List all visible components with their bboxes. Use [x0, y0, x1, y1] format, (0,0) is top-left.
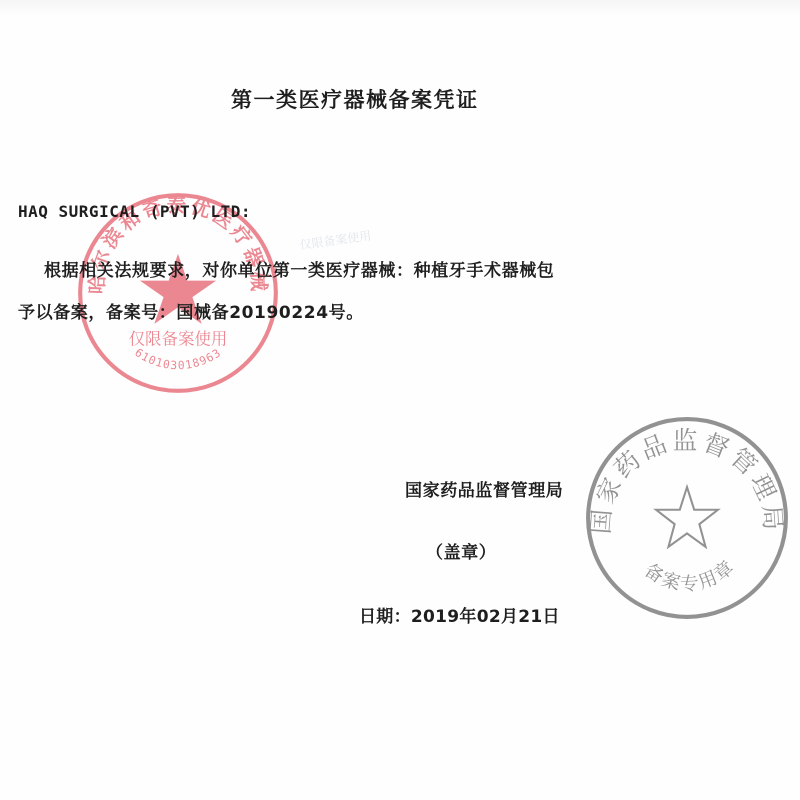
addressee-company: HAQ SURGICAL (PVT) LTD:: [18, 202, 251, 221]
scan-edge-artifact: [0, 0, 800, 14]
svg-text:610103018963: 610103018963: [132, 345, 224, 372]
document-page: 哈尔滨和奇泰优医疗器械 仅限备案使用 610103018963 仅限备案使用 第…: [0, 0, 800, 800]
issuing-agency: 国家药品监督管理局: [405, 476, 563, 501]
red-stamp-inner-text: 仅限备案使用: [129, 330, 228, 349]
gray-star-icon: [656, 487, 718, 547]
gray-stamp-graphic: 国家药品监督管理局 备案专用章: [584, 415, 790, 621]
official-gray-stamp: 国家药品监督管理局 备案专用章: [584, 415, 790, 621]
svg-text:国家药品监督管理局: 国家药品监督管理局: [586, 426, 788, 535]
body-text-line-1: 根据相关法规要求，对你单位第一类医疗器械：种植牙手术器械包: [44, 256, 554, 281]
red-stamp-number: 610103018963: [132, 345, 224, 372]
seal-note: （盖章）: [426, 538, 496, 563]
gray-stamp-bottom-text: 备案专用章: [640, 556, 739, 595]
svg-text:备案专用章: 备案专用章: [640, 556, 739, 595]
issue-date: 日期：2019年02月21日: [359, 602, 560, 627]
gray-stamp-arc-text: 国家药品监督管理局: [586, 426, 788, 535]
body-text-line-2: 予以备案，备案号：国械备20190224号。: [18, 298, 364, 323]
document-title: 第一类医疗器械备案凭证: [231, 84, 479, 114]
